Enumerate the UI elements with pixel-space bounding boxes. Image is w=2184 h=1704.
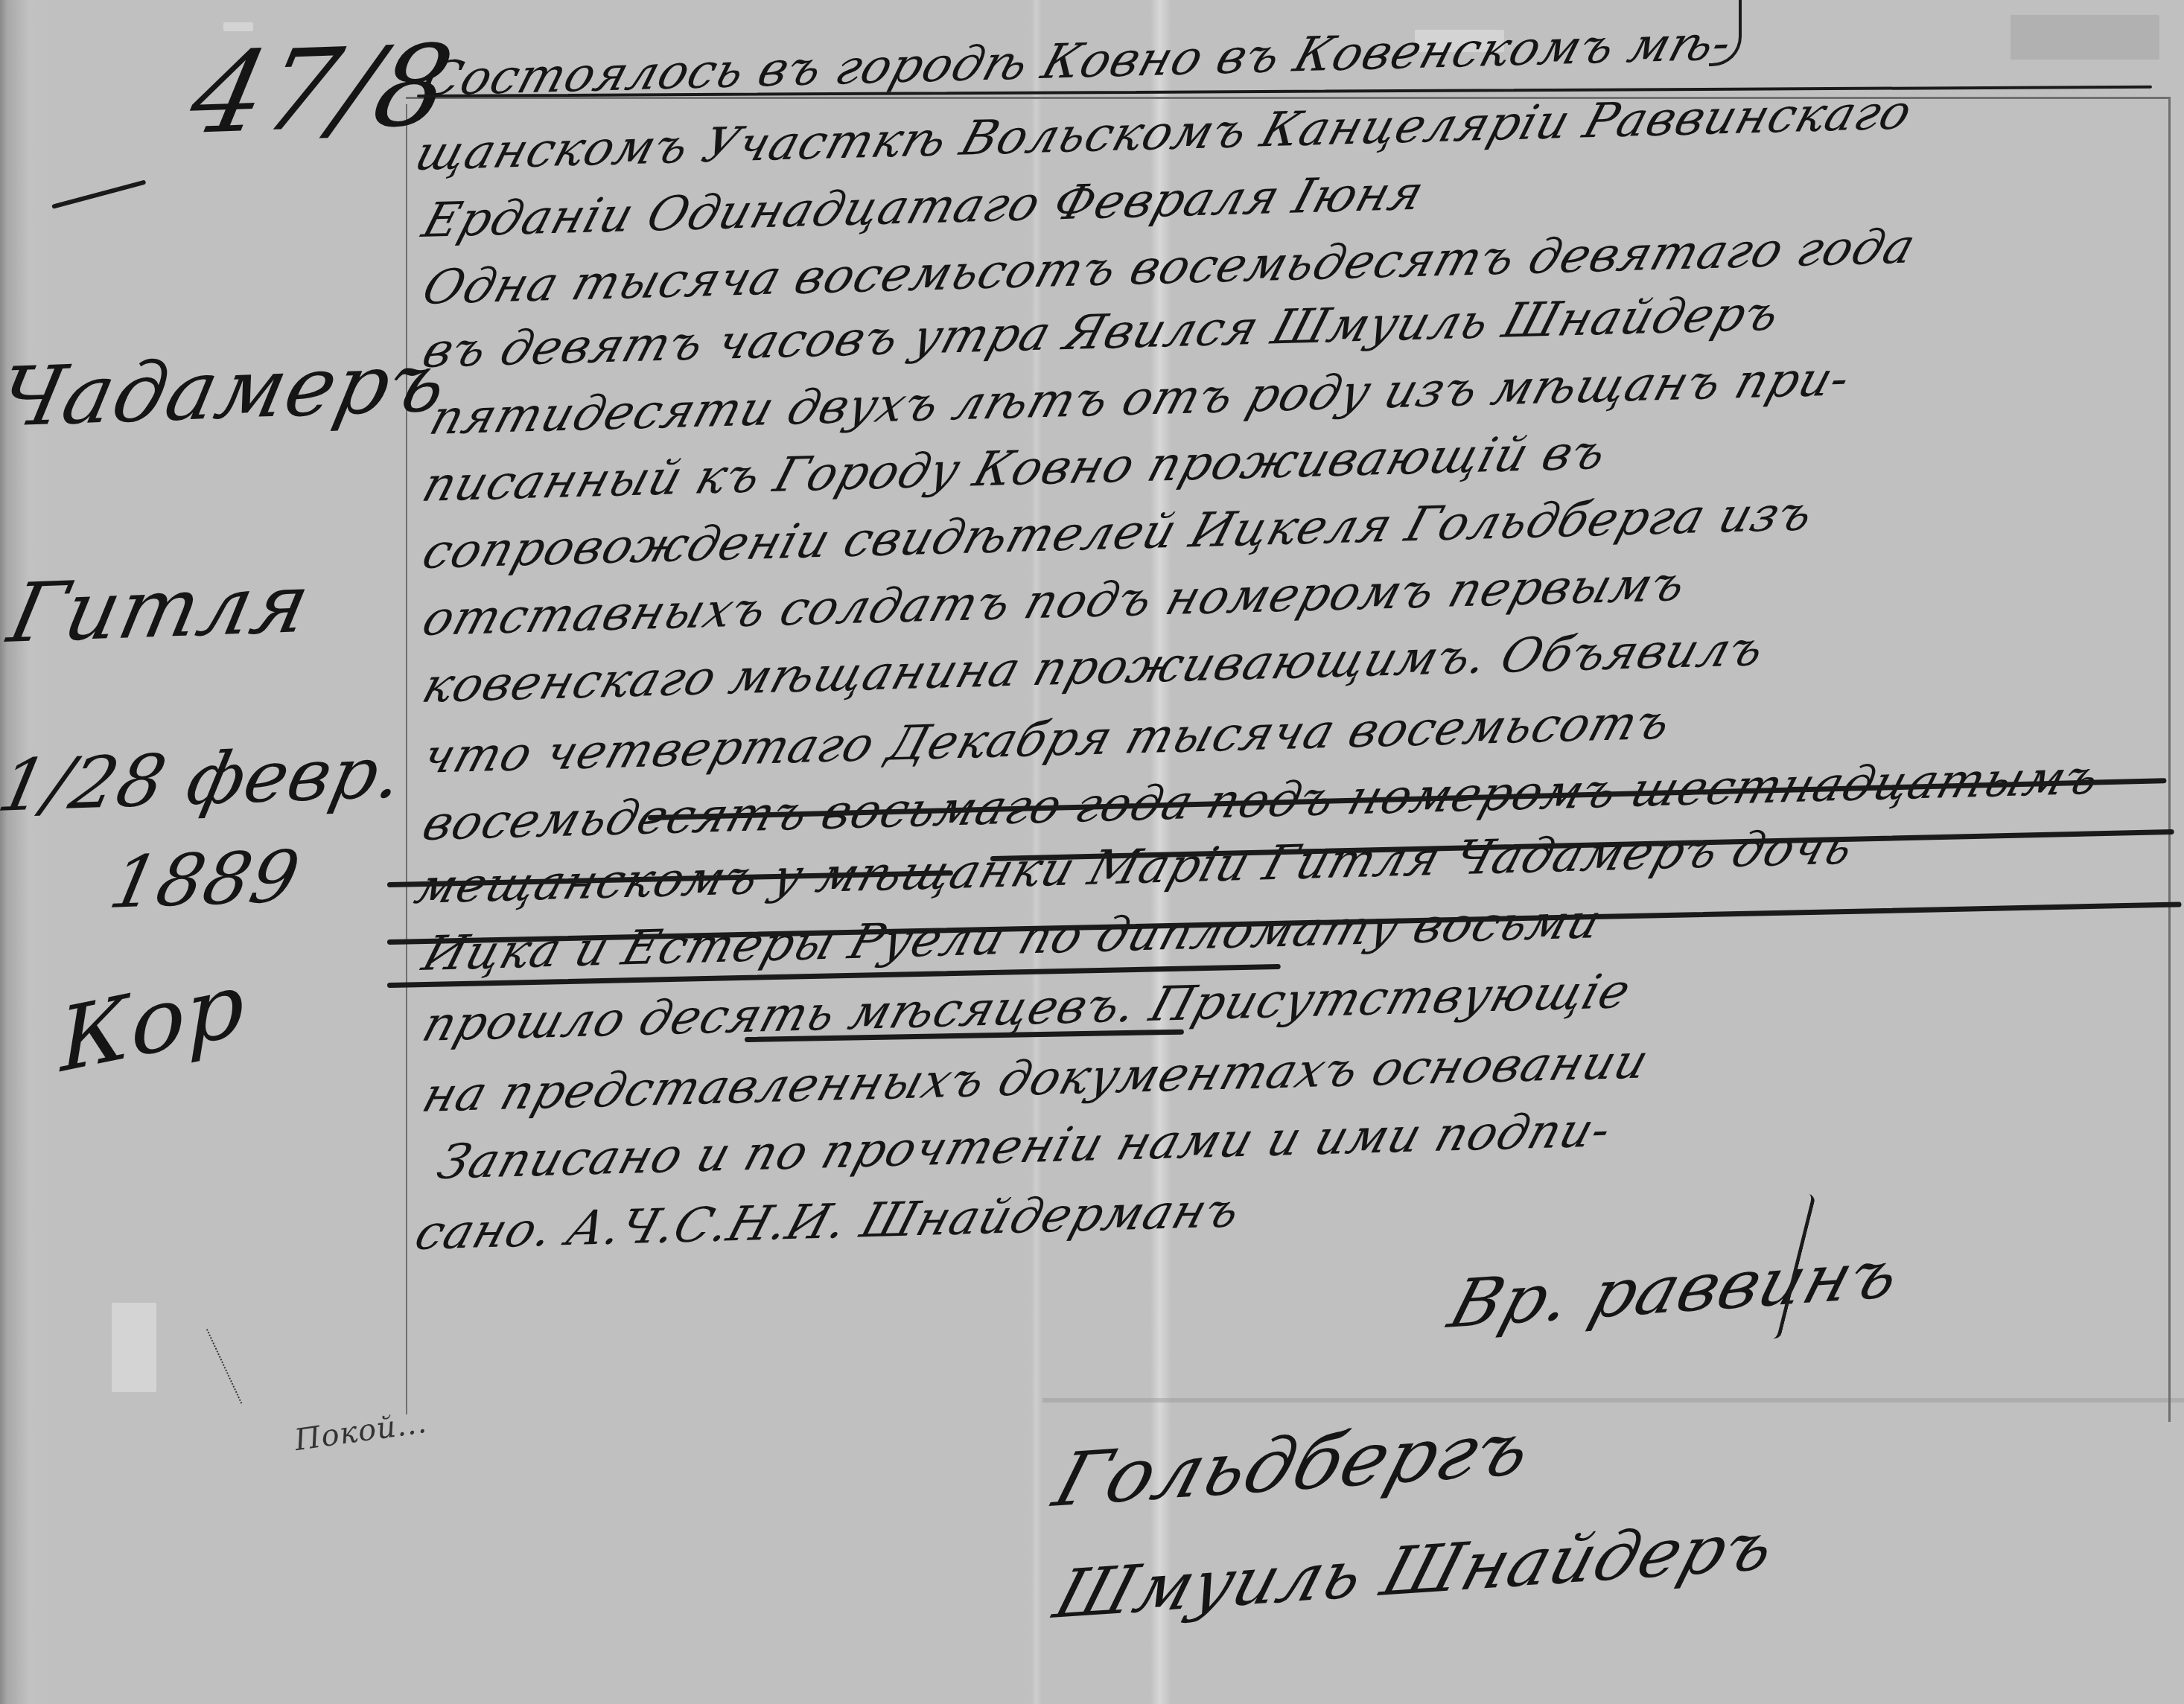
- paper-fold-horizontal: [1042, 1398, 2184, 1403]
- margin-given-name: Гитля: [1, 555, 318, 661]
- margin-year: 1889: [103, 835, 307, 925]
- left-margin-rule: [406, 104, 407, 1414]
- paper-speck: [112, 1303, 156, 1392]
- margin-date: 1/28 февр.: [0, 730, 411, 828]
- right-margin-rule: [2168, 97, 2171, 1422]
- margin-surname: Чадамеръ: [0, 334, 456, 445]
- paper-shade: [2011, 15, 2159, 60]
